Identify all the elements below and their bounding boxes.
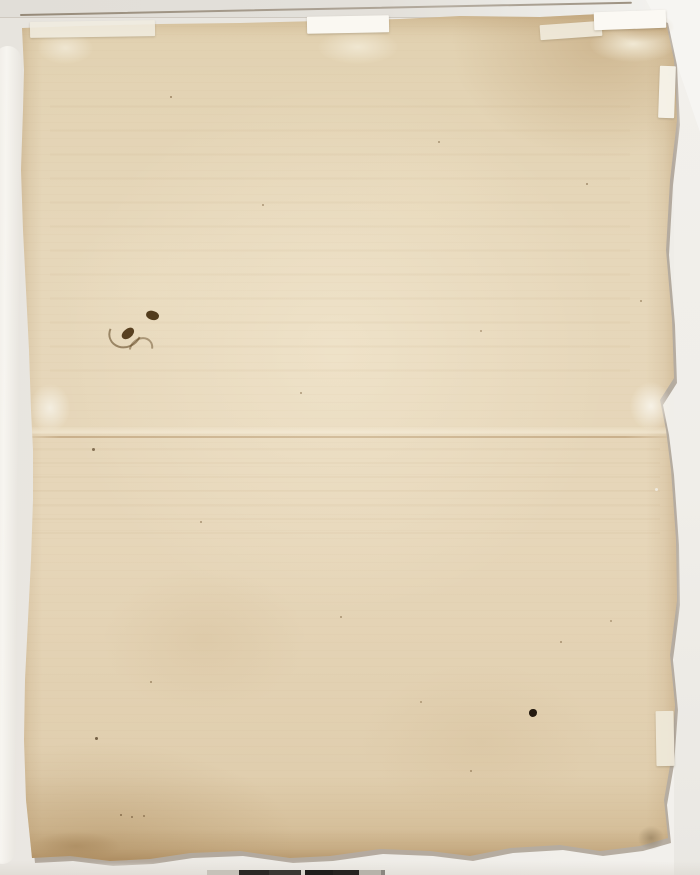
paper-speck [150, 681, 152, 683]
paper-speck [262, 204, 264, 206]
scale-bar [207, 870, 385, 875]
scale-bar-segment [269, 870, 301, 875]
tape-fragment [656, 711, 675, 766]
paper-speck [340, 616, 342, 618]
tape-fragment [594, 10, 667, 31]
scale-bar-segment [359, 870, 381, 875]
tape-fragment [30, 20, 155, 38]
paper-stain [32, 832, 120, 860]
paper-speck [300, 392, 302, 394]
paper-speck [640, 300, 642, 302]
paper-speck [560, 641, 562, 643]
paper-speck [470, 770, 472, 772]
paper-speck [438, 141, 440, 143]
paper-speck [143, 815, 145, 817]
scale-bar-segment [239, 870, 269, 875]
paper-speck [200, 521, 202, 523]
paper-speck [120, 814, 122, 816]
paper-stain [30, 384, 70, 432]
scale-bar-segment [305, 870, 333, 875]
paper-stain [630, 382, 672, 430]
scale-bar-segment [381, 870, 385, 875]
fold-crease-line [20, 436, 678, 438]
scale-bar-segment [333, 870, 359, 875]
tape-fragment [307, 15, 389, 33]
paper-speck [92, 448, 95, 451]
paper-speck [131, 816, 133, 818]
paper-speck [655, 488, 658, 491]
scale-bar-segment [207, 870, 239, 875]
paper-speck [170, 96, 172, 98]
fold-crease-highlight [20, 426, 678, 435]
paper-speck [420, 701, 422, 703]
paper-speck [95, 737, 98, 740]
paper-speck [586, 183, 588, 185]
manuscript-leaf [20, 10, 678, 861]
tape-fragment [658, 66, 676, 119]
paper-speck [610, 620, 612, 622]
paper-speck [480, 330, 482, 332]
archival-photograph [0, 0, 700, 875]
paper-stain [318, 30, 398, 64]
paper-stain [638, 826, 664, 850]
